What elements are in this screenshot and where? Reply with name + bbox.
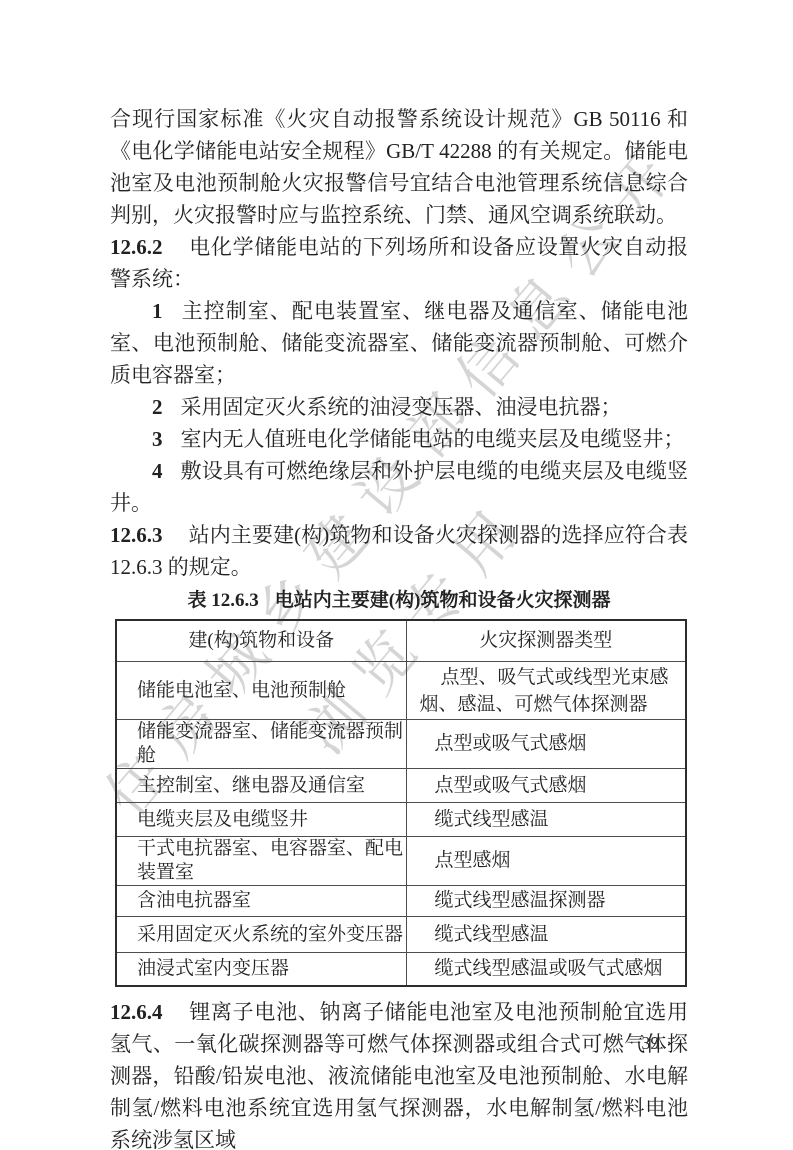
clause-12-6-2: 12.6.2电化学储能电站的下列场所和设备应设置火灾自动报警系统： xyxy=(110,231,688,295)
table-cell: 主控制室、继电器及通信室 xyxy=(116,769,406,803)
item-text: 敷设具有可燃绝缘层和外护层电缆的电缆夹层及电缆竖井。 xyxy=(110,459,688,515)
item-text: 采用固定灭火系统的油浸变压器、油浸电抗器； xyxy=(181,395,622,419)
table-cell: 含油电抗器室 xyxy=(116,886,406,917)
table-cell: 储能变流器室、储能变流器预制舱 xyxy=(116,720,406,769)
item-number: 4 xyxy=(152,459,181,483)
clause-number: 12.6.4 xyxy=(110,1000,189,1024)
clause-number: 12.6.2 xyxy=(110,235,189,259)
table-cell: 缆式线型感温 xyxy=(406,803,686,837)
table-cell: 采用固定灭火系统的室外变压器 xyxy=(116,917,406,953)
table-row: 含油电抗器室 缆式线型感温探测器 xyxy=(116,886,686,917)
list-item: 2采用固定灭火系统的油浸变压器、油浸电抗器； xyxy=(110,391,688,423)
table-row: 干式电抗器室、电容器室、配电装置室 点型感烟 xyxy=(116,837,686,886)
item-text: 主控制室、配电装置室、继电器及通信室、储能电池室、电池预制舱、储能变流器室、储能… xyxy=(110,299,688,387)
table-header-cell: 建(构)筑物和设备 xyxy=(116,620,406,662)
table-row: 油浸式室内变压器 缆式线型感温或吸气式感烟 xyxy=(116,953,686,986)
table-cell: 缆式线型感温或吸气式感烟 xyxy=(406,953,686,986)
table-row: 采用固定灭火系统的室外变压器 缆式线型感温 xyxy=(116,917,686,953)
item-number: 2 xyxy=(152,395,181,419)
table-row: 储能变流器室、储能变流器预制舱 点型或吸气式感烟 xyxy=(116,720,686,769)
table-cell: 电缆夹层及电缆竖井 xyxy=(116,803,406,837)
page-number-dot: · xyxy=(666,1035,671,1053)
table-row: 主控制室、继电器及通信室 点型或吸气式感烟 xyxy=(116,769,686,803)
table-cell: 点型或吸气式感烟 xyxy=(406,769,686,803)
clause-text: 电化学储能电站的下列场所和设备应设置火灾自动报警系统： xyxy=(110,235,688,291)
clause-number: 12.6.3 xyxy=(110,523,189,547)
table-header-cell: 火灾探测器类型 xyxy=(406,620,686,662)
table-cell: 油浸式室内变压器 xyxy=(116,953,406,986)
list-item: 1主控制室、配电装置室、继电器及通信室、储能电池室、电池预制舱、储能变流器室、储… xyxy=(110,295,688,391)
clause-12-6-3: 12.6.3站内主要建(构)筑物和设备火灾探测器的选择应符合表 12.6.3 的… xyxy=(110,519,688,583)
page-number: · 39 · xyxy=(622,1033,679,1054)
intro-paragraph: 合现行国家标准《火灾自动报警系统设计规范》GB 50116 和《电化学储能电站安… xyxy=(110,103,688,231)
table-cell: 缆式线型感温 xyxy=(406,917,686,953)
table-cell: 储能电池室、电池预制舱 xyxy=(116,662,406,720)
page-number-value: 39 xyxy=(641,1033,659,1054)
list-item: 4敷设具有可燃绝缘层和外护层电缆的电缆夹层及电缆竖井。 xyxy=(110,455,688,519)
table-caption: 表 12.6.3电站内主要建(构)筑物和设备火灾探测器 xyxy=(110,586,688,616)
page-number-dot: · xyxy=(629,1035,634,1053)
item-number: 3 xyxy=(152,427,181,451)
item-text: 室内无人值班电化学储能电站的电缆夹层及电缆竖井； xyxy=(181,427,685,451)
table-cell: 缆式线型感温探测器 xyxy=(406,886,686,917)
item-number: 1 xyxy=(152,299,181,323)
table-cell: 干式电抗器室、电容器室、配电装置室 xyxy=(116,837,406,886)
table-caption-title: 电站内主要建(构)筑物和设备火灾探测器 xyxy=(275,590,611,611)
table-cell: 点型感烟 xyxy=(406,837,686,886)
list-item: 3室内无人值班电化学储能电站的电缆夹层及电缆竖井； xyxy=(110,423,688,455)
clause-text: 站内主要建(构)筑物和设备火灾探测器的选择应符合表 12.6.3 的规定。 xyxy=(110,523,688,579)
table-caption-label: 表 12.6.3 xyxy=(188,590,275,611)
table-cell: 点型、吸气式或线型光束感烟、感温、可燃气体探测器 xyxy=(406,662,686,720)
table-row: 储能电池室、电池预制舱 点型、吸气式或线型光束感烟、感温、可燃气体探测器 xyxy=(116,662,686,720)
page-body: 合现行国家标准《火灾自动报警系统设计规范》GB 50116 和《电化学储能电站安… xyxy=(110,103,688,1150)
table-cell: 点型或吸气式感烟 xyxy=(406,720,686,769)
table-row: 电缆夹层及电缆竖井 缆式线型感温 xyxy=(116,803,686,837)
document-page: 住房城乡建设部信息公开 浏览专用 合现行国家标准《火灾自动报警系统设计规范》GB… xyxy=(0,0,793,1150)
clause-12-6-4: 12.6.4锂离子电池、钠离子储能电池室及电池预制舱宜选用氢气、一氧化碳探测器等… xyxy=(110,996,688,1150)
detector-table: 建(构)筑物和设备 火灾探测器类型 储能电池室、电池预制舱 点型、吸气式或线型光… xyxy=(115,619,687,987)
clause-text: 锂离子电池、钠离子储能电池室及电池预制舱宜选用氢气、一氧化碳探测器等可燃气体探测… xyxy=(110,1000,688,1150)
table-header-row: 建(构)筑物和设备 火灾探测器类型 xyxy=(116,620,686,662)
intro-paragraph-text: 合现行国家标准《火灾自动报警系统设计规范》GB 50116 和《电化学储能电站安… xyxy=(110,107,688,227)
